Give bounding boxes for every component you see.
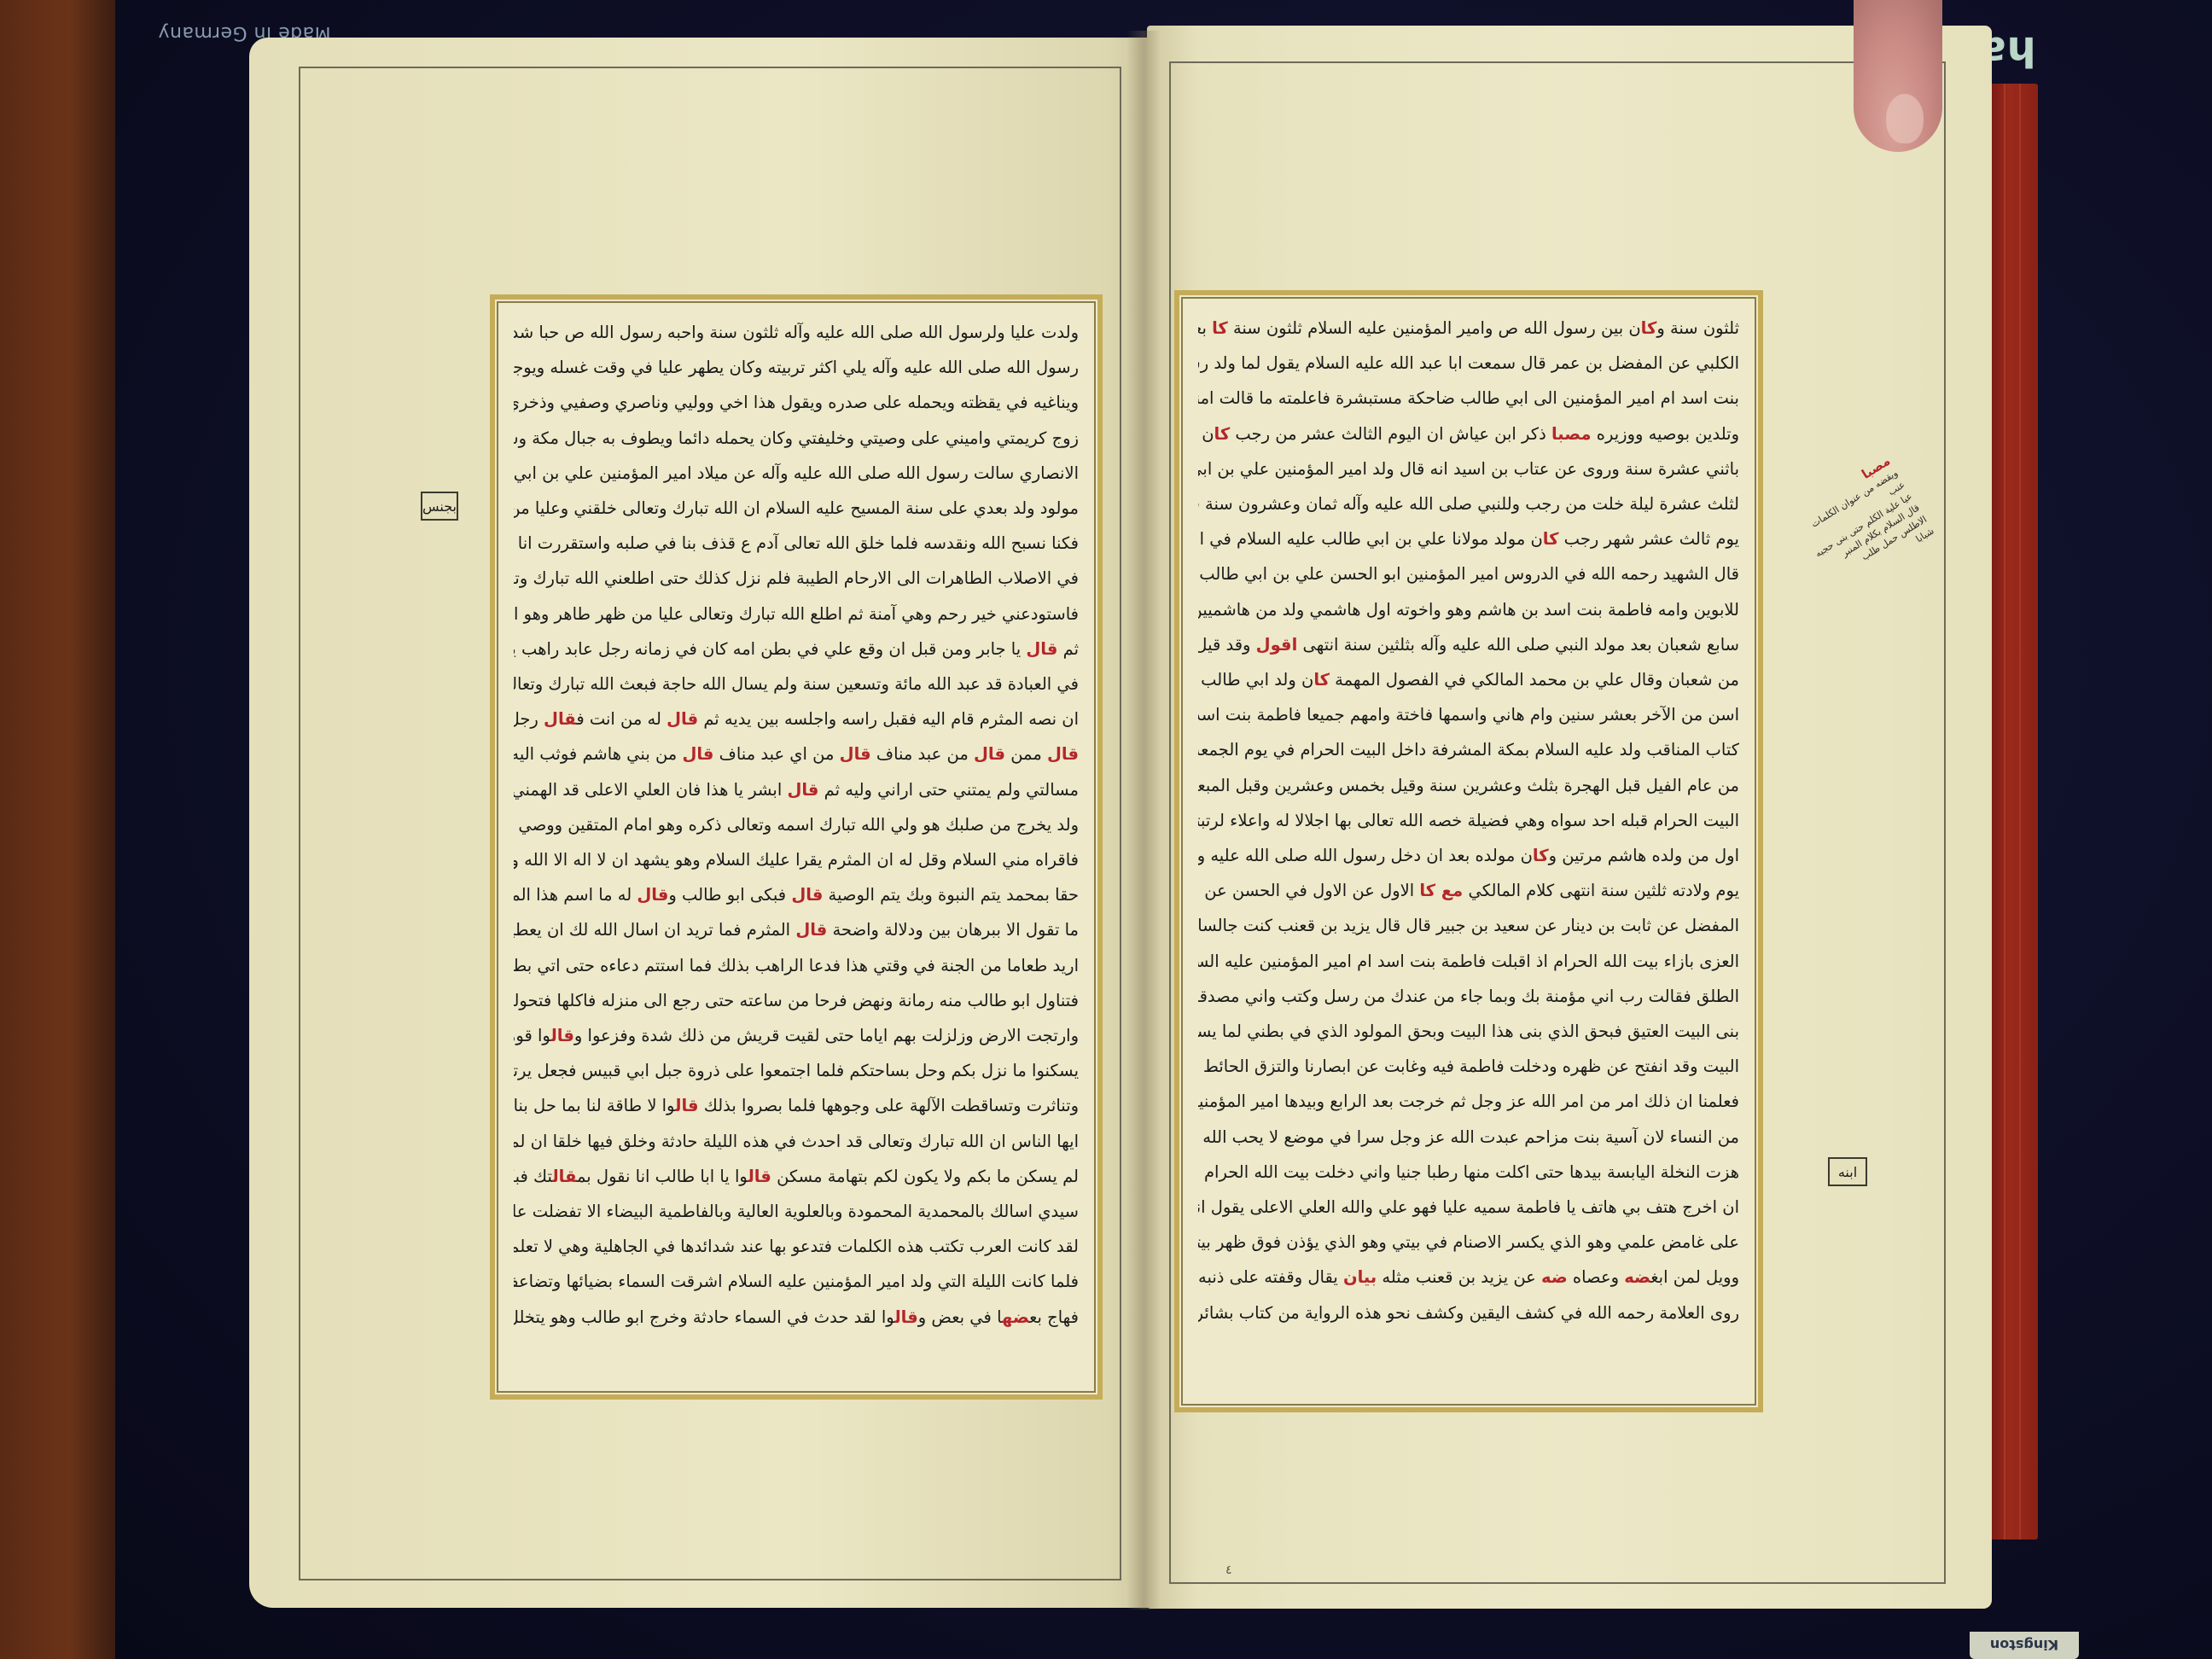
- left-text-line: ولدت عليا ولرسول الله صلى الله عليه وآله…: [514, 315, 1079, 350]
- right-text-line: وتلدين بوصيه ووزيره مصبا ذكر ابن عياش ان…: [1198, 416, 1739, 451]
- left-text-line: ويناغيه في يقظته ويحمله على صدره ويقول ه…: [514, 385, 1079, 420]
- rubric-heading: مصبا: [1551, 424, 1592, 444]
- right-text-line: بنى البيت العتيق فبحق الذي بنى هذا البيت…: [1198, 1014, 1739, 1049]
- rubric-heading: ضه: [1541, 1267, 1568, 1287]
- finger-holding-page: [1854, 0, 1942, 152]
- rubric-heading: قال: [795, 920, 827, 940]
- right-text-line: من النساء لان آسية بنت مزاحم عبدت الله ع…: [1198, 1120, 1739, 1155]
- rubric-heading: قال: [550, 1026, 573, 1045]
- right-text-line: هزت النخلة اليابسة بيدها حتى اكلت منها ر…: [1198, 1155, 1739, 1190]
- rubric-heading: كا: [1313, 670, 1330, 690]
- left-text-line: ايها الناس ان الله تبارك وتعالى قد احدث …: [514, 1124, 1079, 1159]
- left-text-line: سيدي اسالك بالمحمدية المحمودة وبالعلوية …: [514, 1194, 1079, 1229]
- right-text-line: اسن من الآخر بعشر سنين وام هاني واسمها ف…: [1198, 697, 1739, 732]
- right-text-line: ثلثون سنة وكان بين رسول الله ص وامير الم…: [1198, 311, 1739, 346]
- right-text-line: اول من ولده هاشم مرتين وكان مولده بعد ان…: [1198, 838, 1739, 873]
- tag-label: Kingston: [1970, 1632, 2079, 1659]
- left-text-line: لقد كانت العرب تكتب هذه الكلمات فتدعو به…: [514, 1229, 1079, 1264]
- rubric-heading: اقول: [1256, 635, 1298, 655]
- right-text-line: فعلمنا ان ذلك امر من امر الله عز وجل ثم …: [1198, 1084, 1739, 1119]
- left-text-line: فاستودعني خير رحم وهي آمنة ثم اطلع الله …: [514, 597, 1079, 632]
- right-text-lines: ثلثون سنة وكان بين رسول الله ص وامير الم…: [1198, 311, 1739, 1392]
- left-text-line: فلما كانت الليلة التي ولد امير المؤمنين …: [514, 1264, 1079, 1299]
- left-text-line: في الاصلاب الطاهرات الى الارحام الطيبة ف…: [514, 561, 1079, 596]
- right-catchword-box: ابنه: [1828, 1157, 1867, 1186]
- rubric-heading: قال: [748, 1167, 771, 1186]
- left-text-line: فتناول ابو طالب منه رمانة ونهض فرحا من س…: [514, 983, 1079, 1018]
- left-text-line: في العبادة قد عبد الله مائة وتسعين سنة و…: [514, 667, 1079, 701]
- left-text-line: قال ممن قال من عبد مناف قال من اي عبد من…: [514, 736, 1079, 771]
- right-text-line: لثلث عشرة ليلة خلت من رجب وللنبي صلى الل…: [1198, 486, 1739, 521]
- book-cover-edge: [1990, 84, 2038, 1540]
- rubric-heading: بيان: [1343, 1267, 1377, 1287]
- left-text-line: لم يسكن ما بكم ولا يكون لكم بتهامة مسكن …: [514, 1159, 1079, 1194]
- left-text-line: زوج كريمتي واميني على وصيتي وخليفتي وكان…: [514, 421, 1079, 456]
- rubric-heading: قال: [791, 885, 823, 905]
- left-text-line: ولد يخرج من صلبك هو ولي الله تبارك اسمه …: [514, 807, 1079, 842]
- right-text-line: ان اخرج هتف بي هاتف يا فاطمة سميه عليا ف…: [1198, 1190, 1739, 1225]
- left-text-line: اريد طعاما من الجنة في وقتي هذا فدعا الر…: [514, 948, 1079, 983]
- rubric-heading: كا: [1543, 529, 1559, 549]
- right-text-line: البيت الحرام قبله احد سواه وهي فضيلة خصه…: [1198, 803, 1739, 838]
- right-text-line: سابع شعبان بعد مولد النبي صلى الله عليه …: [1198, 627, 1739, 662]
- rubric-heading: قال: [682, 744, 713, 764]
- rubric-heading: قال: [894, 1307, 917, 1327]
- left-text-line: حقا بمحمد يتم النبوة وبك يتم الوصية قال …: [514, 877, 1079, 912]
- left-text-line: مولود ولد بعدي على سنة المسيح عليه السلا…: [514, 491, 1079, 526]
- rubric-heading: مع كا: [1419, 881, 1463, 900]
- rubric-heading: قال: [544, 709, 576, 729]
- right-text-line: قال الشهيد رحمه الله في الدروس امير المؤ…: [1198, 556, 1739, 591]
- folio-mark: ٤: [1225, 1563, 1232, 1577]
- right-text-block: ثلثون سنة وكان بين رسول الله ص وامير الم…: [1174, 290, 1763, 1412]
- rubric-heading: قال: [1047, 744, 1079, 764]
- rubric-heading: كا: [1533, 846, 1549, 865]
- right-text-line: روى العلامة رحمه الله في كشف اليقين وكشف…: [1198, 1295, 1739, 1330]
- rubric-heading: كا: [1214, 424, 1231, 444]
- left-text-line: مسالتي ولم يمتني حتى اراني وليه ثم قال ا…: [514, 772, 1079, 807]
- right-text-line: باثني عشرة سنة وروى عن عتاب بن اسيد انه …: [1198, 451, 1739, 486]
- rubric-heading: قال: [637, 885, 668, 905]
- left-text-line: ثم قال يا جابر ومن قبل ان وقع علي في بطن…: [514, 632, 1079, 667]
- rubric-heading: ضه: [1624, 1267, 1650, 1287]
- right-text-line: على غامض علمي وهو الذي يكسر الاصنام في ب…: [1198, 1225, 1739, 1260]
- left-catchword-box: بجنس: [421, 492, 458, 521]
- left-text-line: وتناثرت وتساقطت الآلهة على وجوهها فلما ب…: [514, 1088, 1079, 1123]
- right-text-line: بنت اسد ام امير المؤمنين الى ابي طالب ضا…: [1198, 381, 1739, 416]
- left-text-line: وارتجت الارض وزلزلت بهم اياما حتى لقيت ق…: [514, 1018, 1079, 1053]
- rubric-heading: كا: [1641, 318, 1657, 338]
- right-text-line: العزى بازاء بيت الله الحرام اذ اقبلت فاط…: [1198, 944, 1739, 979]
- right-text-line: يوم ولادته ثلثين سنة انتهى كلام المالكي …: [1198, 873, 1739, 908]
- rubric-heading: قال: [675, 1096, 698, 1115]
- left-text-line: الانصاري سالت رسول الله صلى الله عليه وآ…: [514, 456, 1079, 491]
- rubric-heading: قال: [974, 744, 1005, 764]
- rubric-heading: كا: [1212, 318, 1228, 338]
- brown-surface-left: [0, 0, 115, 1659]
- left-text-block: ولدت عليا ولرسول الله صلى الله عليه وآله…: [490, 294, 1103, 1400]
- left-text-line: رسول الله صلى الله عليه وآله يلي اكثر تر…: [514, 350, 1079, 385]
- left-text-line: يسكنوا ما نزل بكم وحل بساحتكم فلما اجتمع…: [514, 1053, 1079, 1088]
- right-text-line: البيت وقد انفتح عن ظهره ودخلت فاطمة فيه …: [1198, 1049, 1739, 1084]
- left-text-lines: ولدت عليا ولرسول الله صلى الله عليه وآله…: [514, 315, 1079, 1379]
- left-text-line: فهاج بعضها في بعض وقالوا لقد حدث في السم…: [514, 1300, 1079, 1335]
- right-text-line: وويل لمن ابغضه وعصاه ضه عن يزيد بن قعنب …: [1198, 1260, 1739, 1295]
- rubric-heading: قال: [667, 709, 698, 729]
- right-text-line: للابوين وامه فاطمة بنت اسد بن هاشم وهو و…: [1198, 592, 1739, 627]
- left-text-line: فاقراه مني السلام وقل له ان المثرم يقرا …: [514, 842, 1079, 877]
- right-text-line: من عام الفيل قبل الهجرة بثلث وعشرين سنة …: [1198, 768, 1739, 803]
- left-text-line: فكنا نسبح الله ونقدسه فلما خلق الله تعال…: [514, 526, 1079, 561]
- rubric-heading: قال: [787, 780, 818, 800]
- right-text-line: المفضل عن ثابت بن دينار عن سعيد بن جبير …: [1198, 908, 1739, 943]
- rubric-heading: قال: [552, 1167, 577, 1186]
- right-text-line: الكلبي عن المفضل بن عمر قال سمعت ابا عبد…: [1198, 346, 1739, 381]
- right-text-line: الطلق فقالت رب اني مؤمنة بك وبما جاء من …: [1198, 979, 1739, 1014]
- rubric-heading: قال: [840, 744, 871, 764]
- rubric-heading: ضه: [1002, 1307, 1029, 1327]
- right-text-line: كتاب المناقب ولد عليه السلام بمكة المشرف…: [1198, 732, 1739, 767]
- left-text-line: ان نصه المثرم قام اليه فقبل راسه واجلسه …: [514, 701, 1079, 736]
- right-text-line: من شعبان وقال علي بن محمد المالكي في الف…: [1198, 662, 1739, 697]
- rubric-heading: قال: [1026, 639, 1057, 659]
- book-gutter: [1126, 31, 1161, 1610]
- right-text-line: يوم ثالث عشر شهر رجب كان مولد مولانا علي…: [1198, 521, 1739, 556]
- left-text-line: ما تقول الا ببرهان بين ودلالة واضحة قال …: [514, 912, 1079, 947]
